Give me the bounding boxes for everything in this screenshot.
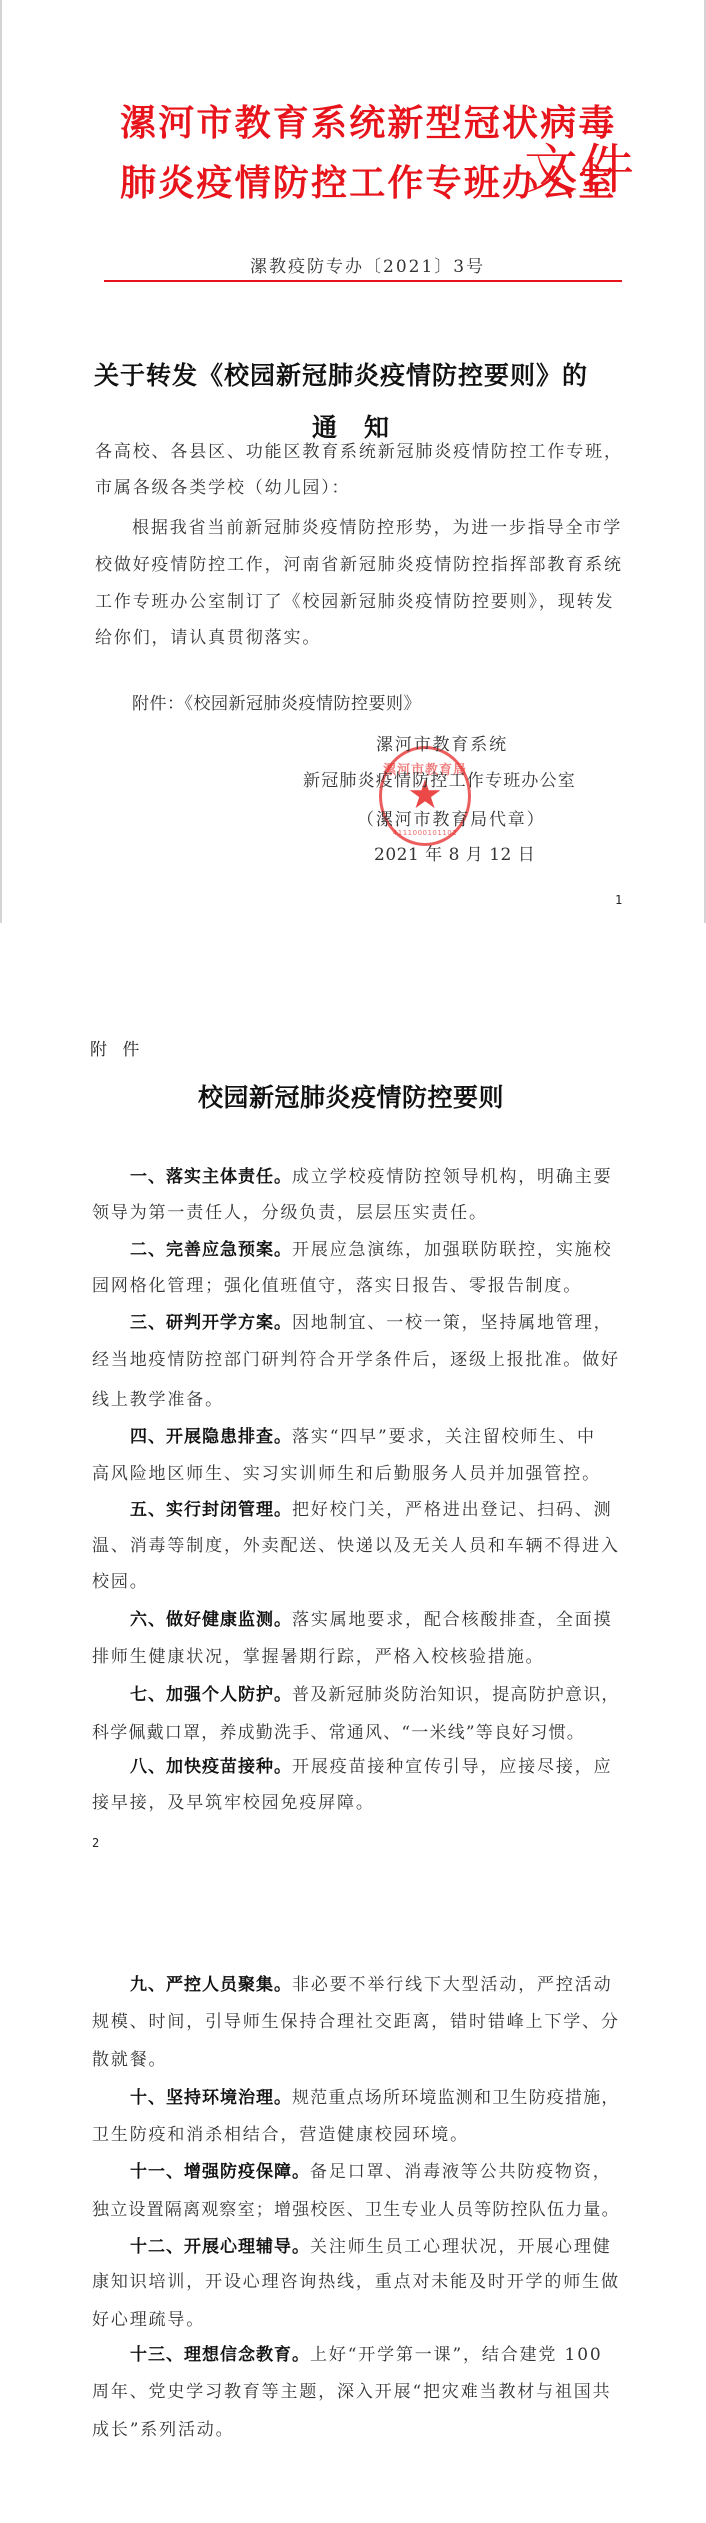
rule-text-line: 园网格化管理；强化值班值守，落实日报告、零报告制度。 xyxy=(92,1276,582,1296)
rule-item: 五、实行封闭管理。把好校门关，严格进出登记、扫码、测 xyxy=(130,1500,612,1520)
rule-text: 因地制宜、一校一策，坚持属地管理， xyxy=(292,1313,612,1333)
rule-text: 规范重点场所环境监测和卫生防疫措施， xyxy=(292,2088,620,2108)
rule-heading: 六、做好健康监测。 xyxy=(130,1610,292,1630)
rule-heading: 三、研判开学方案。 xyxy=(130,1313,292,1333)
header-red-divider xyxy=(104,280,622,282)
rule-text-line: 校园。 xyxy=(92,1572,149,1592)
rule-item: 一、落实主体责任。成立学校疫情防控领导机构，明确主要 xyxy=(130,1167,612,1187)
notice-title-line-2: 通 知 xyxy=(312,408,390,444)
rule-text: 普及新冠肺炎防治知识，提高防护意识， xyxy=(292,1685,620,1705)
official-seal: 漯河市教育局 ★ 4111000101102 xyxy=(379,746,471,846)
rule-heading: 九、严控人员聚集。 xyxy=(130,1975,292,1995)
notice-title-line-1: 关于转发《校园新冠肺炎疫情防控要则》的 xyxy=(94,356,588,392)
rule-text: 开展疫苗接种宣传引导，应接尽接，应 xyxy=(292,1757,612,1777)
rule-item: 六、做好健康监测。落实属地要求，配合核酸排查，全面摸 xyxy=(130,1610,612,1630)
rule-text-line: 经当地疫情防控部门研判符合开学条件后，逐级上报批准。做好 xyxy=(92,1350,620,1370)
signature-seal-note: （漯河市教育局代章） xyxy=(357,810,546,830)
rule-text: 非必要不举行线下大型活动，严控活动 xyxy=(292,1975,612,1995)
page-number: 1 xyxy=(615,893,622,907)
rule-heading: 七、加强个人防护。 xyxy=(130,1685,292,1705)
attachment-title: 校园新冠肺炎疫情防控要则 xyxy=(198,1078,504,1114)
signature-date: 2021 年 8 月 12 日 xyxy=(374,845,535,865)
rule-text: 开展应急演练，加强联防联控，实施校 xyxy=(292,1240,612,1260)
recipients-line-2: 市属各级各类学校（幼儿园）： xyxy=(95,478,350,498)
rule-item: 八、加快疫苗接种。开展疫苗接种宣传引导，应接尽接，应 xyxy=(130,1757,612,1777)
rule-heading: 八、加快疫苗接种。 xyxy=(130,1757,292,1777)
body-paragraph-line: 校做好疫情防控工作，河南省新冠肺炎疫情防控指挥部教育系统 xyxy=(95,555,623,575)
rule-text: 落实“四早”要求，关注留校师生、中 xyxy=(292,1427,596,1447)
rule-text-line: 卫生防疫和消杀相结合，营造健康校园环境。 xyxy=(92,2125,469,2145)
rule-text-line: 康知识培训，开设心理咨询热线，重点对未能及时开学的师生做 xyxy=(92,2272,620,2292)
rule-text-line: 高风险地区师生、实习实训师生和后勤服务人员并加强管控。 xyxy=(92,1464,601,1484)
rule-text: 落实属地要求，配合核酸排查，全面摸 xyxy=(292,1610,612,1630)
rule-heading: 四、开展隐患排查。 xyxy=(130,1427,292,1447)
body-paragraph-line: 给你们，请认真贯彻落实。 xyxy=(95,628,321,648)
rule-text-line: 成长”系列活动。 xyxy=(92,2420,235,2440)
document-page-1: 漯河市教育系统新型冠状病毒 肺炎疫情防控工作专班办公室 文件 漯教疫防专办〔20… xyxy=(0,0,706,923)
page-number: 2 xyxy=(92,1836,99,1850)
recipients-line-1: 各高校、各县区、功能区教育系统新冠肺炎疫情防控工作专班， xyxy=(95,442,623,462)
rule-item: 二、完善应急预案。开展应急演练，加强联防联控，实施校 xyxy=(130,1240,612,1260)
rule-text-line: 排师生健康状况，掌握暑期行踪，严格入校核验措施。 xyxy=(92,1647,544,1667)
rule-heading: 十、坚持环境治理。 xyxy=(130,2088,292,2108)
attachment-reference: 附件：《校园新冠肺炎疫情防控要则》 xyxy=(132,694,421,714)
rule-text-line: 独立设置隔离观察室；增强校医、卫生专业人员等防控队伍力量。 xyxy=(92,2200,620,2220)
rule-heading: 十一、增强防疫保障。 xyxy=(130,2162,310,2182)
rule-item: 四、开展隐患排查。落实“四早”要求，关注留校师生、中 xyxy=(130,1427,596,1447)
rule-text: 关注师生员工心理状况，开展心理健 xyxy=(310,2237,612,2257)
rule-text-line: 规模、时间，引导师生保持合理社交距离，错时错峰上下学、分 xyxy=(92,2012,620,2032)
rule-item: 三、研判开学方案。因地制宜、一校一策，坚持属地管理， xyxy=(130,1313,612,1333)
rule-item: 十三、理想信念教育。上好“开学第一课”，结合建党 100 xyxy=(130,2345,603,2365)
rule-item: 十一、增强防疫保障。备足口罩、消毒液等公共防疫物资， xyxy=(130,2162,612,2182)
signature-org-line-2: 新冠肺炎疫情防控工作专班办公室 xyxy=(303,771,576,791)
rule-text-line: 温、消毒等制度，外卖配送、快递以及无关人员和车辆不得进入 xyxy=(92,1536,620,1556)
rule-text-line: 好心理疏导。 xyxy=(92,2310,205,2330)
rule-text-line: 线上教学准备。 xyxy=(92,1390,224,1410)
rule-item: 十、坚持环境治理。规范重点场所环境监测和卫生防疫措施， xyxy=(130,2088,620,2108)
rule-text-line: 接早接，及早筑牢校园免疫屏障。 xyxy=(92,1793,375,1813)
rule-item: 十二、开展心理辅导。关注师生员工心理状况，开展心理健 xyxy=(130,2237,612,2257)
rule-heading: 二、完善应急预案。 xyxy=(130,1240,292,1260)
rule-text: 备足口罩、消毒液等公共防疫物资， xyxy=(310,2162,612,2182)
seal-number: 4111000101102 xyxy=(382,829,468,837)
document-number: 漯教疫防专办〔2021〕3号 xyxy=(250,252,485,277)
rule-text: 上好“开学第一课”，结合建党 100 xyxy=(310,2345,603,2365)
rule-heading: 十二、开展心理辅导。 xyxy=(130,2237,310,2257)
attachment-label: 附 件 xyxy=(90,1035,144,1060)
rule-text: 把好校门关，严格进出登记、扫码、测 xyxy=(292,1500,612,1520)
rule-heading: 十三、理想信念教育。 xyxy=(130,2345,310,2365)
document-type-label: 文件 xyxy=(524,140,636,200)
body-paragraph-line: 工作专班办公室制订了《校园新冠肺炎疫情防控要则》，现转发 xyxy=(95,592,614,612)
signature-org-line-1: 漯河市教育系统 xyxy=(376,735,508,755)
rule-text-line: 领导为第一责任人，分级负责，层层压实责任。 xyxy=(92,1203,488,1223)
rule-text-line: 科学佩戴口罩，养成勤洗手、常通风、“一米线”等良好习惯。 xyxy=(92,1723,585,1743)
rule-heading: 一、落实主体责任。 xyxy=(130,1167,292,1187)
body-paragraph-line: 根据我省当前新冠肺炎疫情防控形势，为进一步指导全市学 xyxy=(132,518,622,538)
rule-heading: 五、实行封闭管理。 xyxy=(130,1500,292,1520)
issuing-org-line-1: 漯河市教育系统新型冠状病毒 xyxy=(120,103,617,143)
rule-item: 九、严控人员聚集。非必要不举行线下大型活动，严控活动 xyxy=(130,1975,612,1995)
rule-text-line: 散就餐。 xyxy=(92,2050,167,2070)
rule-item: 七、加强个人防护。普及新冠肺炎防治知识，提高防护意识， xyxy=(130,1685,620,1705)
rule-text: 成立学校疫情防控领导机构，明确主要 xyxy=(292,1167,612,1187)
rule-text-line: 周年、党史学习教育等主题，深入开展“把灾难当教材与祖国共 xyxy=(92,2382,612,2402)
